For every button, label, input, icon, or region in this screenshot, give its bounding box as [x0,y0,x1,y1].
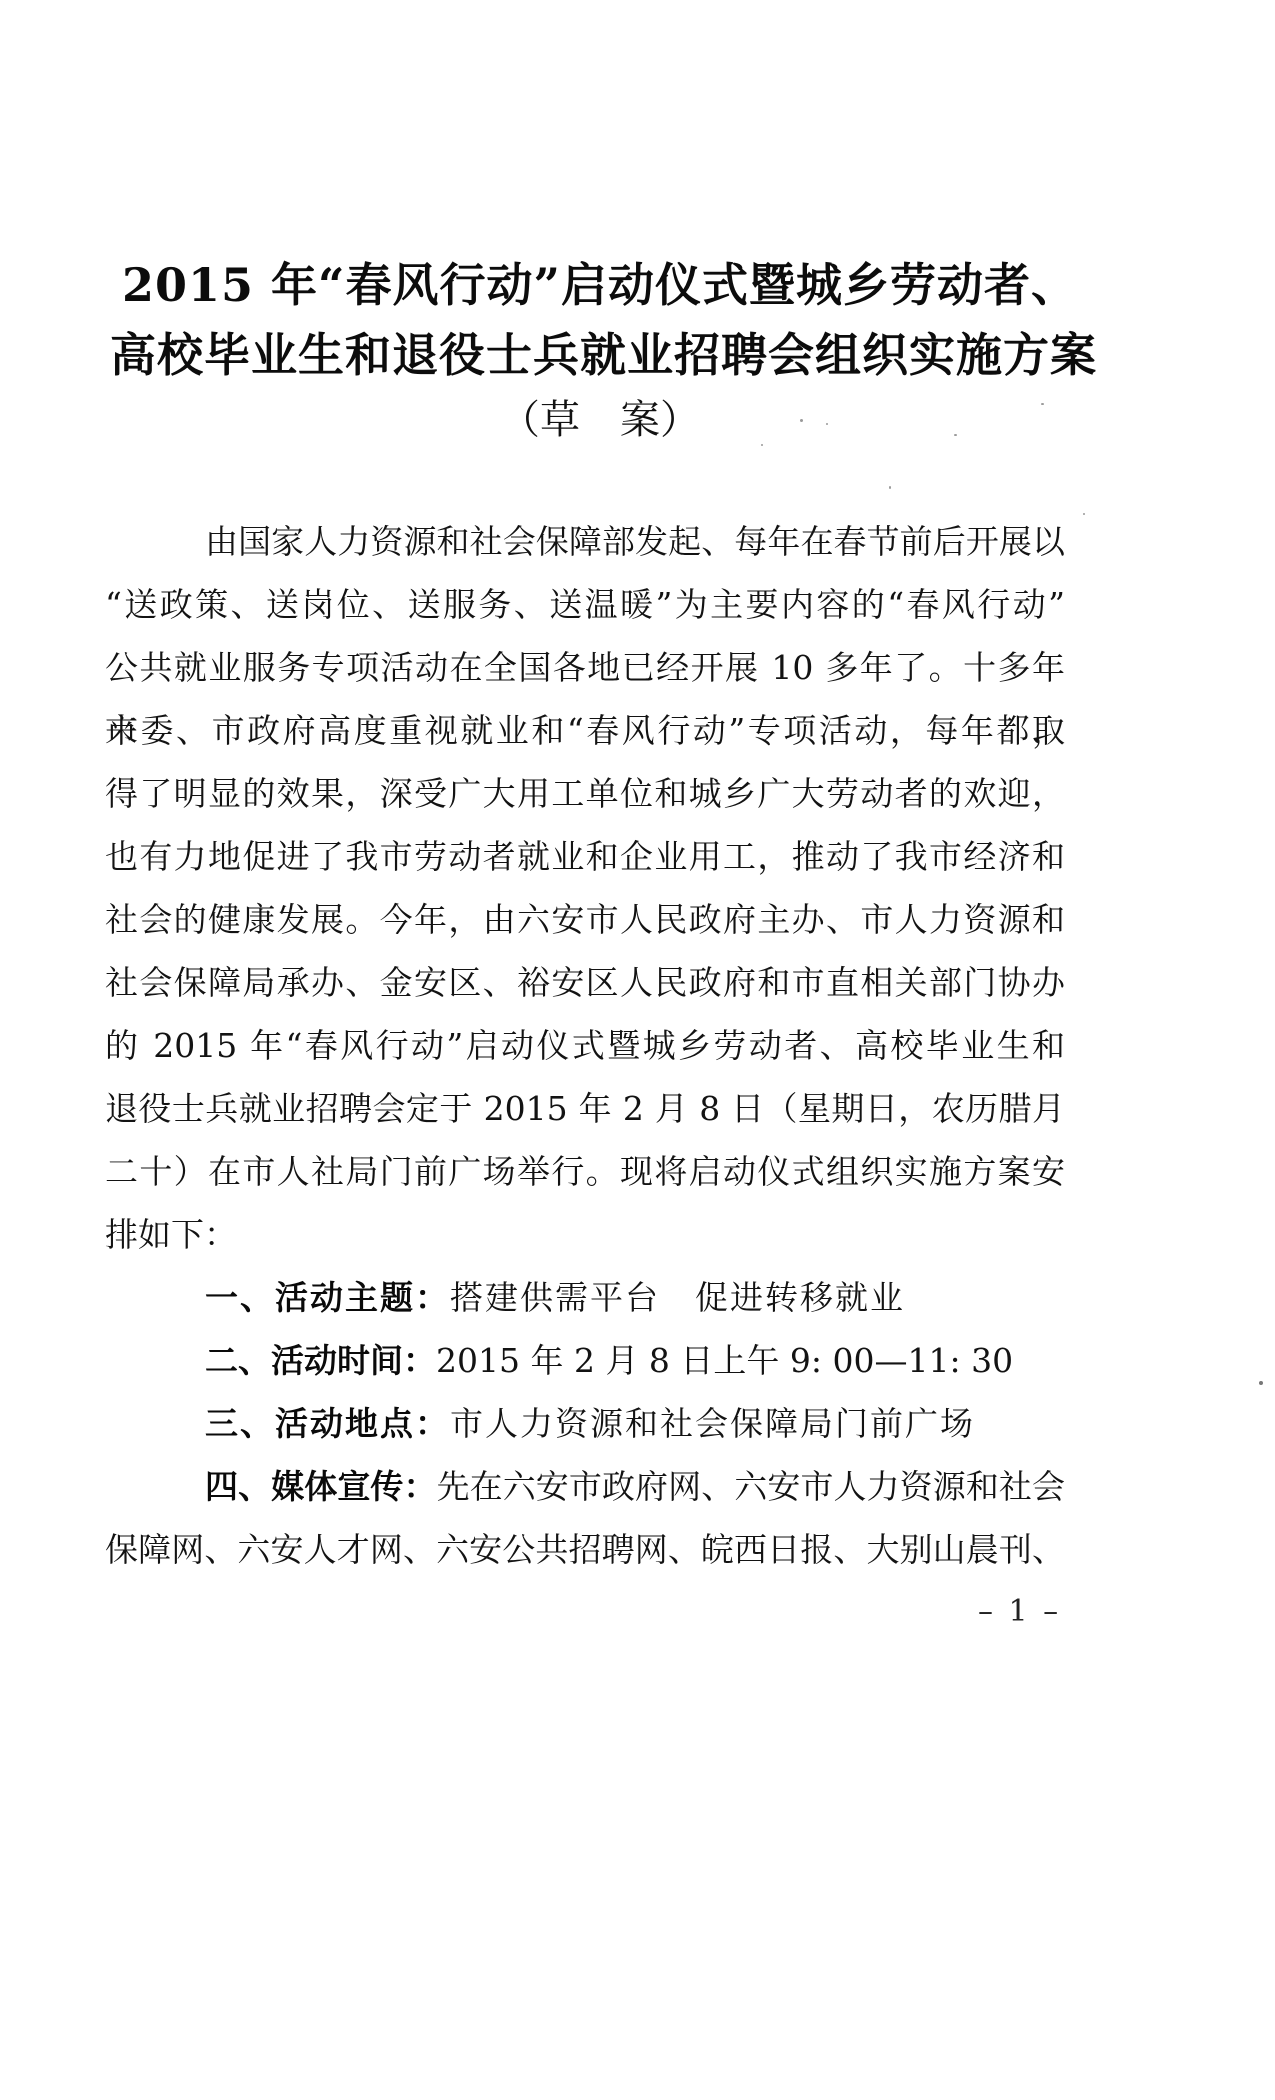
page-number: – 1 – [978,1594,1061,1630]
paragraph-line: 二十）在市人社局门前广场举行。现将启动仪式组织实施方案安 [105,1140,1065,1203]
list-item-label: 一、活动主题： [205,1279,450,1316]
scan-speck [1083,513,1085,515]
list-item-location: 三、活动地点：市人力资源和社会保障局门前广场 [105,1392,1065,1455]
list-item-label: 四、媒体宣传： [205,1468,437,1505]
paragraph-line: 社会的健康发展。今年，由六安市人民政府主办、市人力资源和 [105,888,1065,951]
list-item-label: 二、活动时间： [205,1342,436,1379]
list-item-media: 四、媒体宣传：先在六安市政府网、六安市人力资源和社会 [105,1455,1065,1518]
list-item-text: 先在六安市政府网、六安市人力资源和社会 [437,1467,1065,1506]
scanned-document-page: 2015 年“春风行动”启动仪式暨城乡劳动者、 高校毕业生和退役士兵就业招聘会组… [0,0,1275,2100]
paragraph-line: 市委、市政府高度重视就业和“春风行动”专项活动，每年都取 [105,699,1065,762]
list-item-label: 三、活动地点： [205,1405,450,1442]
list-item-text: 市人力资源和社会保障局门前广场 [450,1404,975,1443]
paragraph-line: “送政策、送岗位、送服务、送温暖”为主要内容的“春风行动” [105,573,1065,636]
scan-speck [954,434,957,436]
document-title-line-2: 高校毕业生和退役士兵就业招聘会组织实施方案 [110,320,1090,390]
document-title-line-1: 2015 年“春风行动”启动仪式暨城乡劳动者、 [110,250,1090,320]
list-item-text: 搭建供需平台 促进转移就业 [450,1278,905,1317]
scan-speck [800,419,803,422]
scan-speck [761,444,763,446]
scan-speck [1041,403,1044,405]
list-item-theme: 一、活动主题：搭建供需平台 促进转移就业 [105,1266,1065,1329]
list-item-text: 2015 年 2 月 8 日上午 9: 00—11: 30 [436,1341,1013,1380]
paragraph-line: 社会保障局承办、金安区、裕安区人民政府和市直相关部门协办 [105,951,1065,1014]
paragraph-line: 公共就业服务专项活动在全国各地已经开展 10 多年了。十多年来， [105,636,1065,699]
list-item-time: 二、活动时间：2015 年 2 月 8 日上午 9: 00—11: 30 [105,1329,1065,1392]
scan-speck [1259,1381,1263,1385]
paragraph-line: 排如下： [105,1203,1065,1266]
scan-speck [889,486,891,489]
media-continuation-line: 保障网、六安人才网、六安公共招聘网、皖西日报、大别山晨刊、 [105,1518,1065,1581]
scan-speck [826,423,828,425]
paragraph-line: 的 2015 年“春风行动”启动仪式暨城乡劳动者、高校毕业生和 [105,1014,1065,1077]
draft-label: （草 案） [110,392,1090,448]
paragraph-line: 退役士兵就业招聘会定于 2015 年 2 月 8 日（星期日，农历腊月 [105,1077,1065,1140]
document-body: 由国家人力资源和社会保障部发起、每年在春节前后开展以 “送政策、送岗位、送服务、… [105,510,1065,1581]
paragraph-line: 由国家人力资源和社会保障部发起、每年在春节前后开展以 [105,510,1065,573]
paragraph-line: 也有力地促进了我市劳动者就业和企业用工，推动了我市经济和 [105,825,1065,888]
paragraph-line: 得了明显的效果，深受广大用工单位和城乡广大劳动者的欢迎， [105,762,1065,825]
